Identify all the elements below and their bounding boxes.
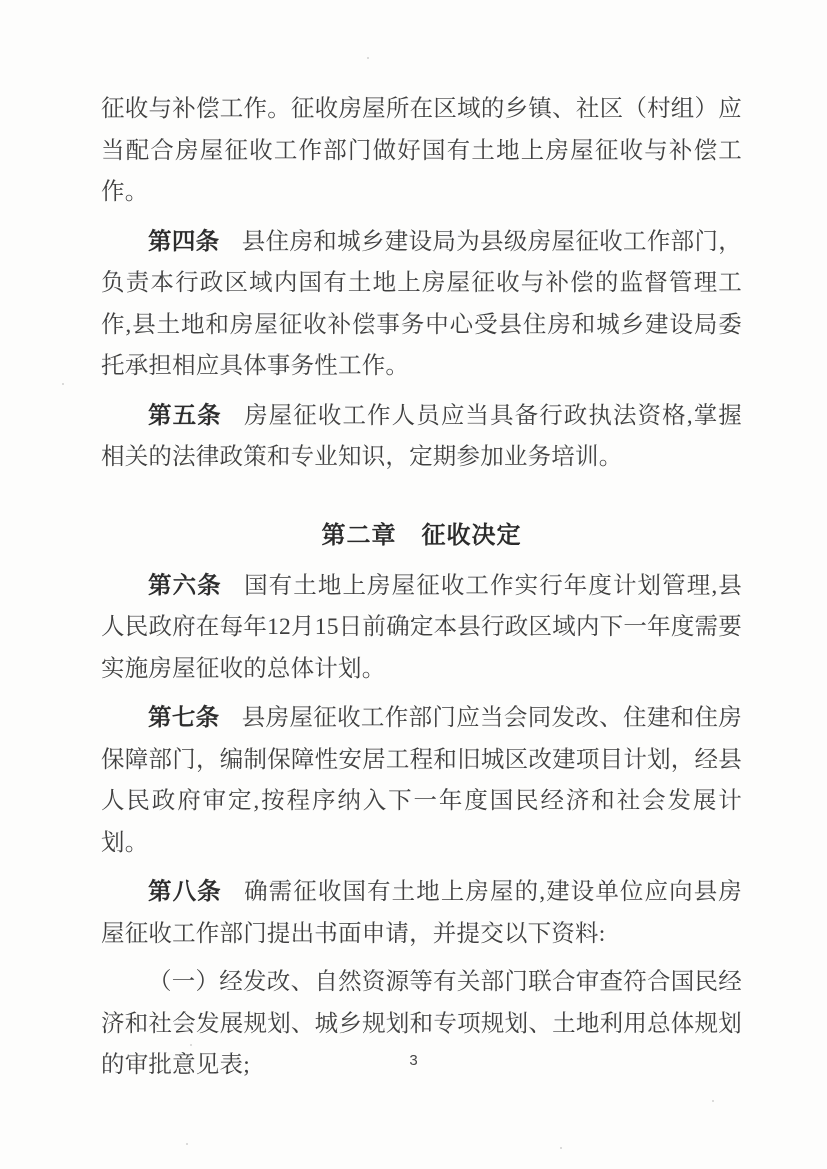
body-paragraph-continuation: 征收与补偿工作。征收房屋所在区域的乡镇、社区（村组）应当配合房屋征收工作部门做好… (101, 89, 742, 214)
scan-speck (62, 383, 64, 385)
article-6-paragraph: 第六条国有土地上房屋征收工作实行年度计划管理,县人民政府在每年12月15日前确定… (101, 565, 742, 691)
page-number: 3 (0, 1052, 827, 1069)
article-4-paragraph: 第四条县住房和城乡建设局为县级房屋征收工作部门，负责本行政区域内国有土地上房屋征… (101, 221, 742, 388)
scan-speck (560, 1147, 562, 1149)
scanned-document-page: 征收与补偿工作。征收房屋所在区域的乡镇、社区（村组）应当配合房屋征收工作部门做好… (0, 0, 827, 1169)
article-number: 第六条 (148, 572, 222, 598)
paragraph-text: 征收与补偿工作。征收房屋所在区域的乡镇、社区（村组）应当配合房屋征收工作部门做好… (101, 96, 742, 205)
article-8-paragraph: 第八条确需征收国有土地上房屋的,建设单位应向县房屋征收工作部门提出书面申请，并提… (101, 871, 742, 955)
scan-speck (190, 1044, 192, 1046)
article-number: 第七条 (148, 704, 219, 730)
article-5-paragraph: 第五条房屋征收工作人员应当具备行政执法资格,掌握相关的法律政策和专业知识，定期参… (101, 395, 742, 479)
article-7-paragraph: 第七条县房屋征收工作部门应当会同发改、住建和住房保障部门，编制保障性安居工程和旧… (101, 697, 742, 864)
article-number: 第八条 (148, 878, 222, 904)
article-number: 第四条 (148, 228, 219, 254)
scan-speck (712, 1100, 714, 1102)
document-body: 征收与补偿工作。征收房屋所在区域的乡镇、社区（村组）应当配合房屋征收工作部门做好… (101, 89, 742, 1094)
scan-speck (186, 1143, 188, 1145)
chapter-heading: 第二章 征收决定 (101, 515, 742, 556)
article-number: 第五条 (148, 402, 222, 428)
scan-speck (367, 57, 369, 59)
